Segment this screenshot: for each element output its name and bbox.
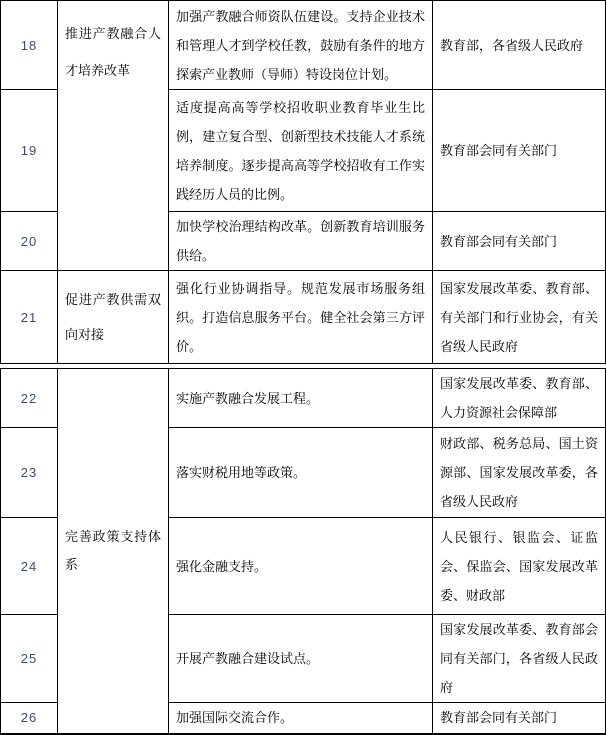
department-cell: 国家发展改革委、教育部、有关部门和行业协会，有关省级人民政府 (433, 271, 606, 364)
document-table-area: 18 推进产教融合人才培养改革 加强产教融合师资队伍建设。支持企业技术和管理人才… (0, 0, 607, 735)
table-row: 18 推进产教融合人才培养改革 加强产教融合师资队伍建设。支持企业技术和管理人才… (1, 1, 606, 90)
department-cell: 教育部会同有关部门 (433, 90, 606, 212)
category-cell: 促进产教供需双向对接 (58, 271, 169, 364)
department-cell: 教育部，各省级人民政府 (433, 1, 606, 90)
task-cell: 实施产教融合发展工程。 (169, 369, 433, 428)
table-row: 21 促进产教供需双向对接 强化行业协调指导。规范发展市场服务组织。打造信息服务… (1, 271, 606, 364)
row-number: 18 (1, 1, 58, 90)
department-cell: 教育部会同有关部门 (433, 703, 606, 734)
row-number: 26 (1, 703, 58, 734)
task-cell: 适度提高高等学校招收职业教育毕业生比例，建立复合型、创新型技术技能人才系统培养制… (169, 90, 433, 212)
row-number: 24 (1, 518, 58, 615)
row-number: 20 (1, 212, 58, 271)
task-cell: 加强国际交流合作。 (169, 703, 433, 734)
row-number: 22 (1, 369, 58, 428)
task-cell: 强化金融支持。 (169, 518, 433, 615)
category-cell: 推进产教融合人才培养改革 (58, 1, 169, 271)
department-cell: 国家发展改革委、教育部会同有关部门，各省级人民政府 (433, 615, 606, 703)
task-cell: 落实财税用地等政策。 (169, 428, 433, 518)
table-row: 22 完善政策支持体系 实施产教融合发展工程。 国家发展改革委、教育部、人力资源… (1, 369, 606, 428)
task-cell: 强化行业协调指导。规范发展市场服务组织。打造信息服务平台。健全社会第三方评价。 (169, 271, 433, 364)
row-number: 23 (1, 428, 58, 518)
category-cell: 完善政策支持体系 (58, 369, 169, 734)
tasks-table-part-2: 22 完善政策支持体系 实施产教融合发展工程。 国家发展改革委、教育部、人力资源… (0, 368, 606, 735)
task-cell: 开展产教融合建设试点。 (169, 615, 433, 703)
department-cell: 人民银行、银监会、证监会、保监会、国家发展改革委、财政部 (433, 518, 606, 615)
task-cell: 加强产教融合师资队伍建设。支持企业技术和管理人才到学校任教，鼓励有条件的地方探索… (169, 1, 433, 90)
tasks-table-part-1: 18 推进产教融合人才培养改革 加强产教融合师资队伍建设。支持企业技术和管理人才… (0, 0, 606, 364)
department-cell: 财政部、税务总局、国土资源部、国家发展改革委，各省级人民政府 (433, 428, 606, 518)
task-cell: 加快学校治理结构改革。创新教育培训服务供给。 (169, 212, 433, 271)
department-cell: 国家发展改革委、教育部、人力资源社会保障部 (433, 369, 606, 428)
row-number: 21 (1, 271, 58, 364)
row-number: 19 (1, 90, 58, 212)
department-cell: 教育部会同有关部门 (433, 212, 606, 271)
row-number: 25 (1, 615, 58, 703)
